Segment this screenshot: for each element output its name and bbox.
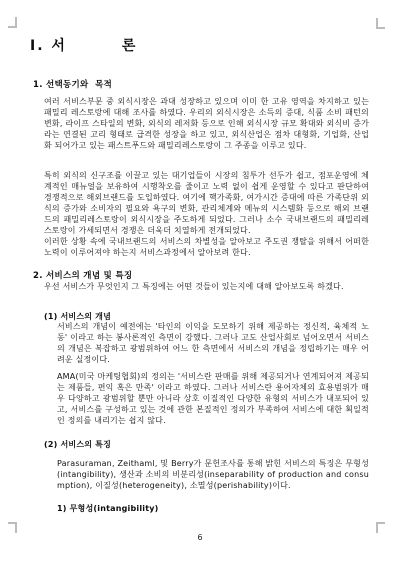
section2-intro: 우선 서비스가 무엇인지 그 특징에는 어떤 것들이 있는지에 대해 알아보도록… (44, 281, 369, 292)
page-corner-mark-bottom-right (376, 522, 385, 533)
section2-sub1-paragraph-1: 서비스의 개념이 예전에는 '타인의 이익을 도모하기 위해 제공하는 정신적,… (57, 321, 369, 365)
document-page: Ⅰ. 서 론 1. 선택동기와 목적 여러 서비스부문 중 외식시장은 과대 성… (0, 0, 400, 565)
section2-sub1-paragraph-2: AMA(미국 마케팅협회)의 정의는 '서비스란 판매를 위해 제공되거나 연계… (57, 371, 369, 426)
page-corner-mark-top-right (376, 18, 385, 29)
page-corner-mark-bottom-left (8, 522, 17, 533)
section1-paragraph-1: 여러 서비스부문 중 외식시장은 과대 성장하고 있으며 이미 한 고유 영역을… (44, 96, 369, 151)
document-title: Ⅰ. 서 론 (30, 35, 137, 55)
page-corner-mark-top-left (8, 17, 17, 28)
section1-paragraph-2: 특히 외식의 신구조를 이끌고 있는 대기업들이 시장의 침투가 선두가 쉽고,… (44, 170, 369, 236)
section2-sub2-item-1: 1) 무형성(intangibility) (57, 503, 159, 514)
section2-heading: 2. 서비스의 개념 및 특징 (33, 269, 132, 281)
page-number: 6 (0, 533, 400, 542)
section1-heading: 1. 선택동기와 목적 (33, 78, 112, 90)
section2-sub2-heading: (2) 서비스의 특징 (44, 439, 111, 450)
section2-sub2-paragraph-1: Parasuraman, Zeithaml, 및 Berry가 문헌조사를 통해… (57, 458, 369, 491)
section1-paragraph-3: 이러한 상황 속에 국내브랜드의 서비스의 차별성을 알아보고 주도권 쟁탈을 … (44, 236, 369, 258)
